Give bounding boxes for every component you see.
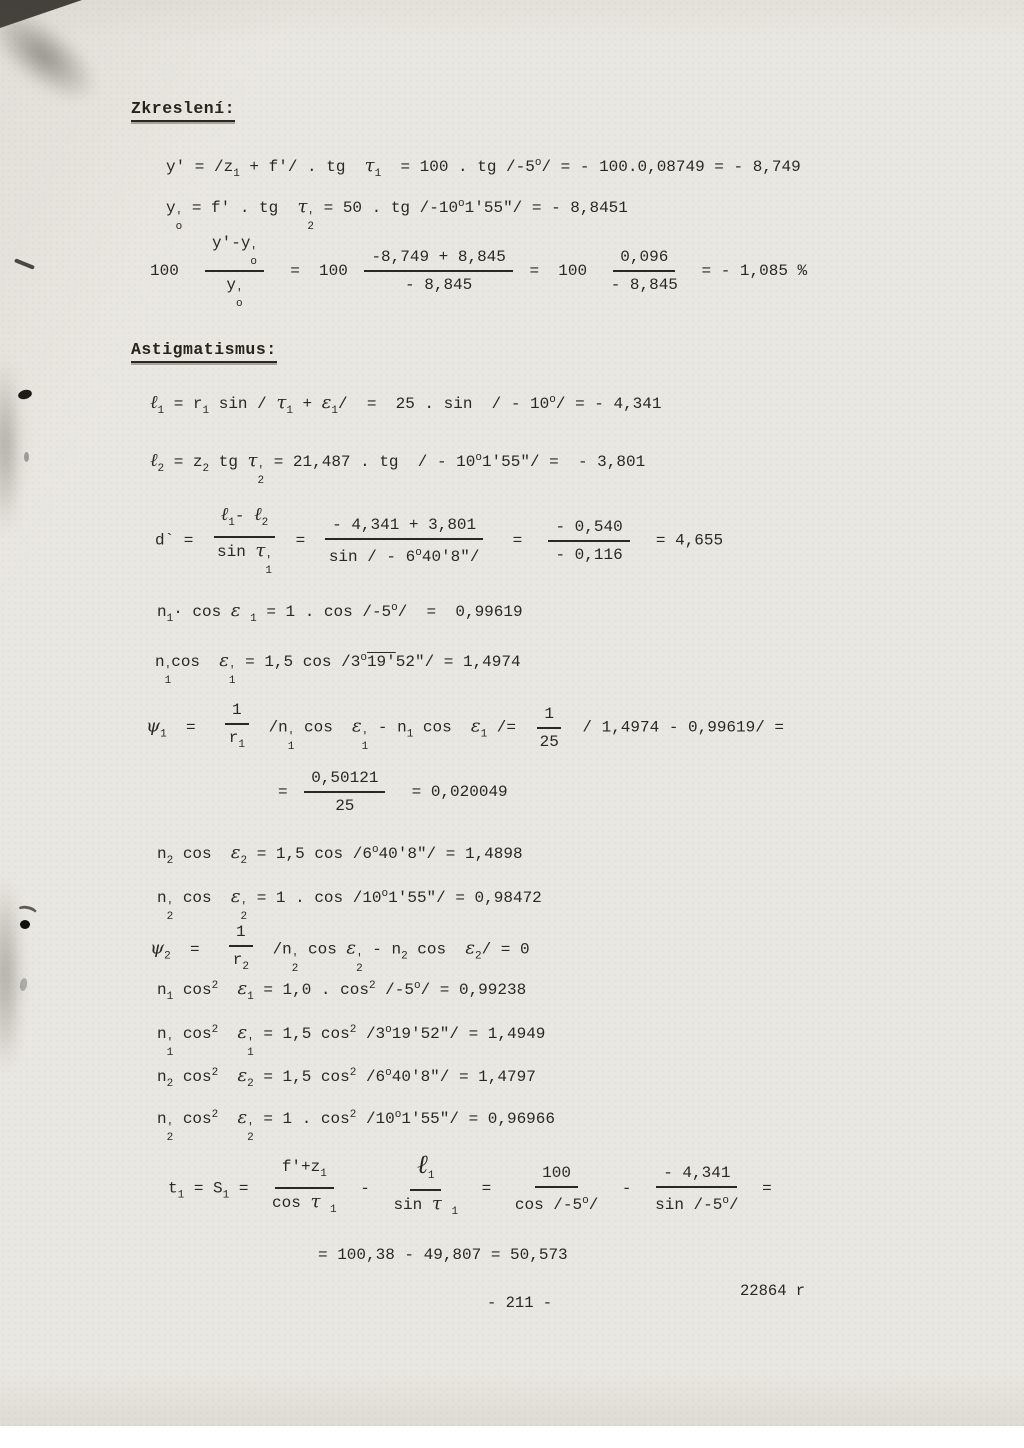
formula-token: ε [237,978,247,999]
formula-token: cos [413,719,471,737]
formula-token: 2 [401,951,408,963]
formula-token: ε [352,716,362,737]
formula-token: 1 [362,742,369,752]
formula-token: = 100 [271,262,357,280]
formula-token [218,1068,237,1086]
formula-token: /= [487,719,525,737]
formula-token: - 4,341sin /-5o/ [648,1163,745,1215]
formula-token: - 0,116 [555,546,622,564]
formula-token: sin [393,1196,431,1214]
formula-token: = 100 . tg /-5 [381,158,535,176]
formula-token: n [157,1025,167,1043]
formula-token: ε [346,938,356,959]
formula-token: 1 [236,923,246,941]
formula-token: 19'52"/ = 1,4949 [392,1025,546,1043]
formula-token: 1 [247,1048,254,1058]
formula-token: sin τ'1 [210,538,279,576]
formula-token: o [391,602,398,614]
formula-token: sin /-5 [655,1196,722,1214]
formula-token: cos [298,941,346,959]
formula-token: 1 [160,729,167,741]
formula-token: = [493,532,541,550]
formula-token: sin [217,543,255,561]
formula-token: - 0,540 [555,518,622,536]
formula-token: / = 0,99619 [398,603,523,621]
ink-speck [24,452,29,462]
formula-token: 0,096 [620,248,668,266]
formula-token: ε [231,600,241,621]
formula-distortion-y0-prime: y'o = f' . tg τ'2 = 50 . tg /-10o1'55"/ … [166,194,628,232]
formula-token: = [286,532,315,550]
formula-token: = 0,020049 [392,783,507,801]
formula-token: o [549,394,556,406]
formula-token: y' = /z [166,158,233,176]
formula-token: 2 [241,912,248,922]
formula-token: 1 [229,676,236,686]
formula-token: cos [173,981,211,999]
formula-token: ε [471,716,481,737]
formula-token: = 4,655 [637,532,723,550]
formula-token: - [612,1180,641,1198]
formula-token: -8,749 + 8,845 [371,248,505,266]
formula-token: = 1,0 . cos [254,981,369,999]
formula-token: 'o [236,289,243,309]
formula-token: n [155,653,165,671]
formula-token: 1'55"/ = - 3,801 [482,453,645,471]
formula-token: 2 [258,476,265,486]
formula-token: τ [276,392,286,413]
formula-token: r [233,951,243,969]
formula-token: y'-y'oy'o [205,233,264,309]
formula-token: 2 [167,912,174,922]
formula-token: ε [231,842,241,863]
formula-token: 19' [367,653,396,671]
formula-token: / [729,1196,739,1214]
formula-token: 2 [247,1133,254,1143]
formula-n1-cos-eps1: n1· cos ε 1 = 1 . cos /-5o/ = 0,99619 [157,598,523,629]
formula-n2-cos2-eps2: n2 cos2 ε2 = 1,5 cos2 /6o40'8"/ = 1,4797 [157,1063,536,1094]
formula-token: o [385,1024,392,1036]
formula-token: n [157,1110,167,1128]
formula-token: -8,749 + 8,845 [364,247,512,272]
formula-token: 40'8"/ [422,548,480,566]
formula-token: 1 [330,1204,337,1216]
formula-token: - 4,341 + 3,801 [325,515,483,540]
formula-token: 25 [540,733,559,751]
formula-token: + f'/ . tg [240,158,365,176]
formula-token: o [372,844,379,856]
formula-token: o [414,980,421,992]
formula-token: r1 [222,725,252,755]
formula-token: '1 [229,666,236,686]
formula-token: y [226,276,236,294]
formula-token: - 0,540- 0,116 [548,517,629,565]
left-edge-shadow [0,875,22,1075]
formula-token: ψ [146,716,160,737]
scanned-document-page: Zkreslení: Astigmatismus: y' = /z1 + f'/… [0,0,1024,1448]
formula-token: y [166,199,176,217]
formula-distortion-percent: 100 y'-y'oy'o = 100 -8,749 + 8,845- 8,84… [150,233,807,309]
formula-astig-l2: ℓ2 = z2 tg τ'2 = 21,487 . tg / - 10o1'55… [150,448,645,486]
formula-token: = 100 [520,262,597,280]
formula-token: - 8,845 [611,276,678,294]
formula-token: cos [408,941,466,959]
formula-n1p-cos-eps1p: n'1cos ε'1 = 1,5 cos /3o19'52"/ = 1,4974 [155,648,521,686]
left-edge-shadow [0,358,20,533]
formula-token: 1 [229,922,253,947]
formula-token: ℓ [254,504,262,525]
formula-token: - 0,540 [548,517,629,542]
formula-token: - n [368,719,406,737]
formula-token [442,1196,452,1214]
formula-token: sin / [209,395,276,413]
formula-token: '2 [356,954,363,974]
formula-token: /3 [356,1025,385,1043]
formula-token: ψ [150,938,164,959]
formula-token: cos [173,1068,211,1086]
formula-token: τ [297,196,307,217]
formula-t1-s1-result: = 100,38 - 49,807 = 50,573 [318,1245,568,1265]
formula-token: 1 [250,613,257,625]
formula-token: ε [322,392,332,413]
formula-token: tg [209,453,247,471]
formula-token: = [753,1180,772,1198]
formula-token: 25 [328,793,361,816]
formula-token: f'+z1cos τ 1 [265,1157,344,1220]
formula-token: 1 [167,1048,174,1058]
formula-token: cos /-5 [515,1196,582,1214]
formula-token: /-5 [376,981,414,999]
formula-token: - 4,341 + 3,801 [332,516,476,534]
formula-token: = 1 . cos /10 [247,889,381,907]
formula-token: 2 [247,1078,254,1090]
formula-token: 1'55"/ = - 8,8451 [465,199,628,217]
formula-token: ℓ1- ℓ2sin τ'1 [210,505,279,576]
formula-token: ℓ1- ℓ2 [214,505,275,538]
formula-token: = 1 . cos [254,1110,350,1128]
formula-token: 25 [335,797,354,815]
formula-token: - 4,341 [656,1163,737,1188]
ink-speck [20,920,30,929]
formula-token: 100 [535,1163,578,1188]
formula-token: ℓ [417,1150,428,1180]
formula-token: = z [164,453,202,471]
formula-token: sin τ 1 [386,1191,465,1222]
formula-token: = 21,487 . tg / - 10 [264,453,475,471]
formula-token: 1 [451,1206,458,1218]
formula-token: τ [248,450,258,471]
formula-token: = 100,38 - 49,807 = 50,573 [318,1246,568,1264]
formula-token: ℓ [150,450,158,471]
doc-ref-number: 22864 r [740,1282,805,1300]
formula-token: = [171,941,219,959]
formula-token: - [235,507,254,525]
formula-token: 1 [233,168,240,180]
formula-token: 1 [225,700,249,725]
formula-token: 2 [369,980,376,992]
formula-token: cos [173,845,231,863]
formula-token: ε [237,1022,247,1043]
formula-token: - 8,845 [405,276,472,294]
formula-token: 0,096 [613,247,675,272]
section-heading-zkresleni: Zkreslení: [131,99,235,122]
formula-token: / = 0 [482,941,530,959]
formula-token: = 1,5 cos /6 [247,845,372,863]
formula-token: - n [363,941,401,959]
formula-token: = 1 . cos /-5 [257,603,391,621]
formula-token: r2 [226,947,256,977]
formula-token: o [458,198,465,210]
formula-token: = [167,719,215,737]
formula-token: = [472,1180,501,1198]
formula-token: o [415,547,422,559]
formula-token: sin /-5o/ [648,1188,745,1215]
formula-token: 1 [232,701,242,719]
formula-token: - 0,116 [548,542,629,565]
formula-token: o [722,1195,729,1207]
formula-token: n [157,981,167,999]
formula-token: cos [173,1025,211,1043]
formula-token: = 1,5 cos [254,1025,350,1043]
formula-token: 1 [320,1168,327,1180]
formula-astig-d: d` = ℓ1- ℓ2sin τ'1 = - 4,341 + 3,801sin … [155,505,723,576]
formula-token: 2 [167,1133,174,1143]
formula-token: 1 [286,405,293,417]
formula-token: 2 [356,964,363,974]
formula-n2p-cos-eps2p: n'2 cos ε'2 = 1 . cos /10o1'55"/ = 0,984… [157,884,542,922]
formula-token: / = 25 . sin / - 10 [338,395,549,413]
formula-token: 1'55"/ = 0,96966 [401,1110,555,1128]
formula-psi1-result: = 0,5012125 = 0,020049 [278,768,508,816]
formula-token: - [351,1180,380,1198]
formula-token: 100 [542,1164,571,1182]
formula-token: 100cos /-5o/ [508,1163,605,1215]
formula-token: ε [465,938,475,959]
formula-token: = r [164,395,202,413]
formula-token: / = - 4,341 [556,395,662,413]
formula-token: = [229,1180,258,1198]
formula-token: 1'55"/ = 0,98472 [388,889,542,907]
formula-token: ε [237,1107,247,1128]
formula-token: / = 0,99238 [421,981,527,999]
formula-token: ℓ [150,392,158,413]
formula-token: τ [255,540,265,561]
formula-token: 1 [247,991,254,1003]
formula-token: cos τ 1 [265,1189,344,1220]
formula-token: o [250,257,257,267]
formula-token [218,981,237,999]
formula-token: n [157,845,167,863]
formula-token: 1 [288,742,295,752]
formula-token: + [293,395,322,413]
formula-token: ε [219,650,229,671]
formula-token: d` = [155,532,203,550]
formula-token: / 1,4974 - 0,99619/ = [573,719,784,737]
formula-token: 25 [533,729,566,752]
formula-token: 1r1 [222,700,252,755]
formula-token: 2 [307,222,314,232]
formula-token: o [475,452,482,464]
formula-token [320,1194,330,1212]
formula-token: ℓ1sin τ 1 [386,1155,465,1222]
formula-token: 0,50121 [311,769,378,787]
formula-token: 0,50121 [304,768,385,793]
formula-token: '1 [247,1038,254,1058]
formula-n2p-cos2-eps2p: n'2 cos2 ε'2 = 1 . cos2 /10o1'55"/ = 0,9… [157,1105,555,1143]
formula-token: = - 1,085 % [692,262,807,280]
formula-token: 1 [544,705,554,723]
formula-token: cos [173,889,231,907]
formula-token: = 1,5 cos [254,1068,350,1086]
formula-token: y'-y [212,234,250,252]
formula-token: = S [184,1180,222,1198]
formula-token: cos /-5o/ [508,1188,605,1215]
formula-astig-l1: ℓ1 = r1 sin / τ1 + ε1/ = 25 . sin / - 10… [150,390,661,421]
formula-token: 125 [533,704,566,752]
formula-token: / [589,1196,599,1214]
formula-token: o [360,652,367,664]
formula-token: 1 [228,517,235,529]
formula-token: o [385,1067,392,1079]
page-number: - 211 - [487,1294,552,1312]
formula-token: cos [171,653,219,671]
formula-token: 2 [242,961,249,973]
section-heading-astigmatismus: Astigmatismus: [131,340,277,363]
formula-psi1: ψ1 = 1r1 /n'1 cos ε'1 - n1 cos ε1 /= 125… [146,700,784,755]
formula-token: 1r2 [226,922,256,977]
formula-n2-cos-eps2: n2 cos ε2 = 1,5 cos /6o40'8"/ = 1,4898 [157,840,523,871]
formula-token: 1 [537,704,561,729]
formula-token: o [176,222,183,232]
formula-token: 100 [150,262,198,280]
formula-token: - 8,845 [398,272,479,295]
formula-token: 'o [250,247,257,267]
formula-token: o [236,299,243,309]
formula-distortion-y-prime: y' = /z1 + f'/ . tg τ1 = 100 . tg /-5o/ … [166,153,801,184]
formula-token: = 50 . tg /-10 [314,199,458,217]
formula-token: n [157,889,167,907]
formula-token: 52"/ = 1,4974 [396,653,521,671]
formula-token [241,603,251,621]
formula-token: 0,096- 8,845 [604,247,685,295]
formula-token: /n [263,941,292,959]
formula-token: 0,5012125 [304,768,385,816]
formula-token: f'+z [282,1158,320,1176]
formula-n1-cos2-eps1: n1 cos2 ε1 = 1,0 . cos2 /-5o/ = 0,99238 [157,976,526,1007]
formula-token: '1 [265,556,272,576]
formula-token: cos [173,1110,211,1128]
formula-token: /10 [356,1110,394,1128]
formula-psi2: ψ2 = 1r2 /n'2 cos ε'2 - n2 cos ε2/ = 0 [150,922,530,977]
formula-token: 2 [262,517,269,529]
formula-token: - 8,845 [604,272,685,295]
formula-token: f'+z1 [275,1157,334,1189]
formula-token: r [229,729,239,747]
formula-token: sin / - 6 [329,548,415,566]
formula-token: = [278,783,297,801]
formula-token: - 4,341 [663,1164,730,1182]
formula-token: o [582,1195,589,1207]
formula-token: - 4,341 + 3,801sin / - 6o40'8"/ [322,515,487,567]
formula-token: cos [294,719,352,737]
formula-token: /n [259,719,288,737]
formula-token: τ [365,155,375,176]
formula-token: 1 [165,676,172,686]
formula-token: ε [237,1065,247,1086]
formula-token: y'-y'o [205,233,264,272]
formula-token: τ [310,1191,320,1212]
formula-token: y'o [219,272,249,309]
formula-token: 2 [475,951,482,963]
formula-token: ε [231,886,241,907]
formula-token: = f' . tg [182,199,297,217]
formula-token [218,1025,237,1043]
formula-token: sin / - 6o40'8"/ [322,540,487,567]
formula-token: 40'8"/ = 1,4797 [392,1068,536,1086]
formula-n1p-cos2-eps1p: n'1 cos2 ε'1 = 1,5 cos2 /3o19'52"/ = 1,4… [157,1020,545,1058]
formula-token: 1 [238,739,245,751]
formula-token: n [157,603,167,621]
formula-token: τ [432,1193,442,1214]
formula-token: ℓ1 [410,1155,441,1191]
formula-token: -8,749 + 8,845- 8,845 [364,247,512,295]
formula-t1-s1: t1 = S1 = f'+z1cos τ 1 - ℓ1sin τ 1 = 100… [168,1155,772,1222]
formula-token: · cos [173,603,231,621]
formula-token: 2 [292,964,299,974]
formula-token [218,1110,237,1128]
formula-token: cos [272,1194,310,1212]
formula-token: '2 [247,1123,254,1143]
formula-token: 40'8"/ = 1,4898 [379,845,523,863]
formula-token: / = - 100.0,08749 = - 8,749 [541,158,800,176]
formula-token: 1 [428,1170,435,1182]
formula-token: t [168,1180,178,1198]
formula-token: 2 [164,951,171,963]
formula-token: /6 [356,1068,385,1086]
formula-token: = 1,5 cos /3 [236,653,361,671]
formula-token: 1 [265,566,272,576]
formula-token: n [157,1068,167,1086]
